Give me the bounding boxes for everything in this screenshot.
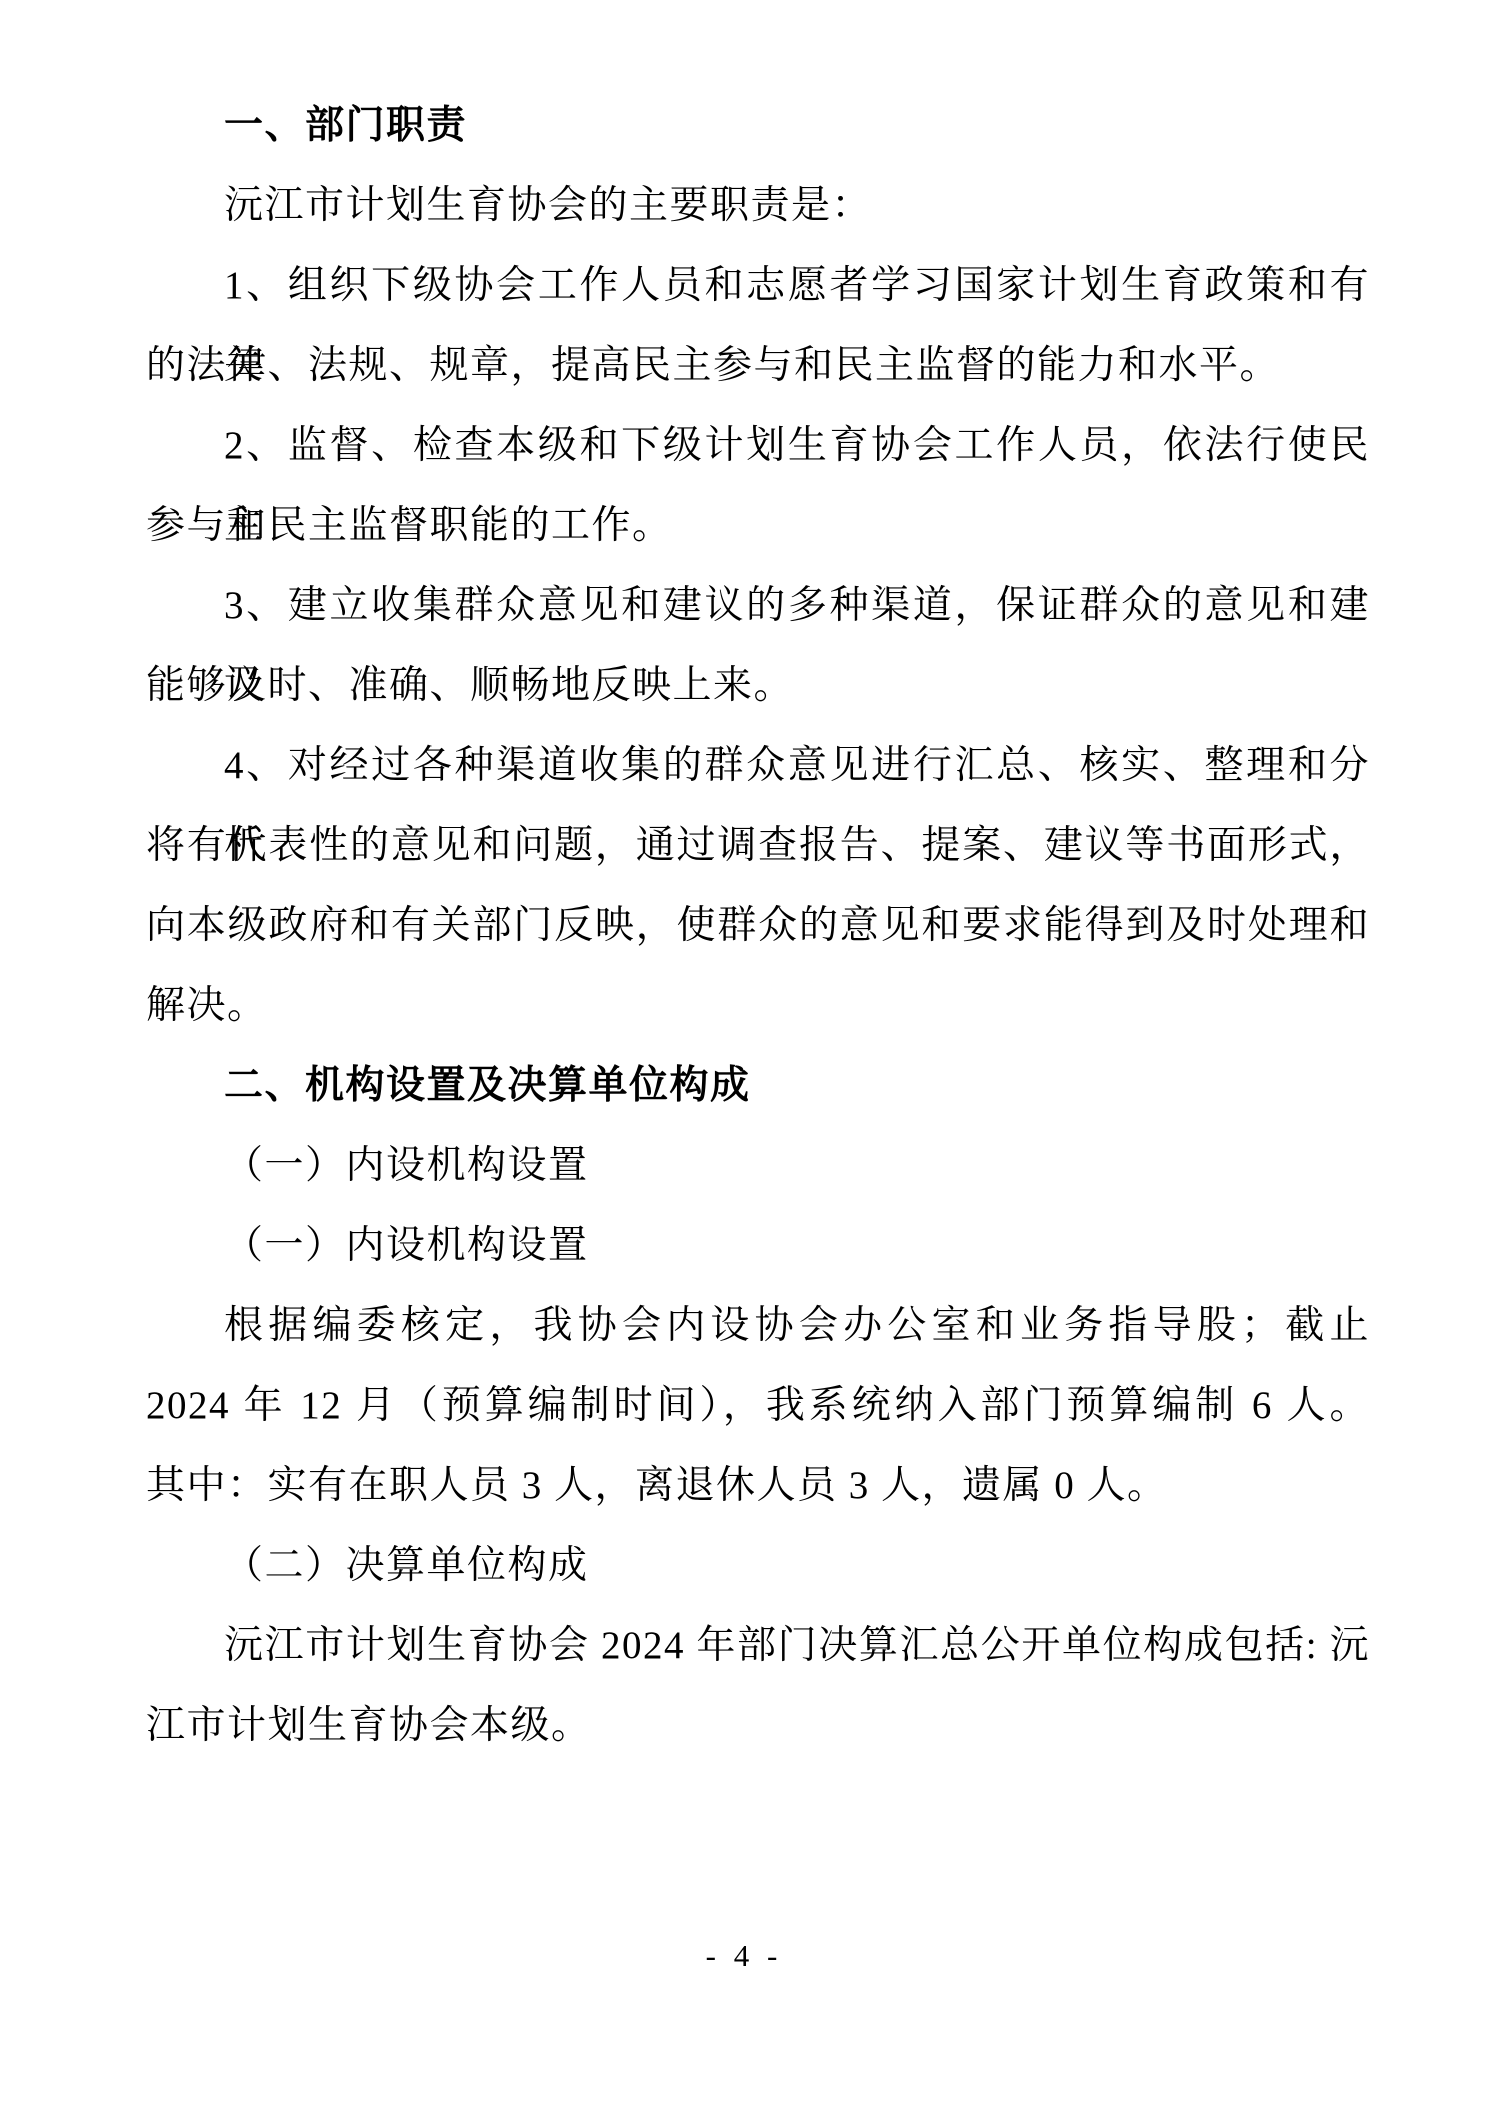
- section-heading-2: 二、机构设置及决算单位构成: [146, 1046, 1370, 1126]
- paragraph-line: 的法律、法规、规章，提高民主参与和民主监督的能力和水平。: [146, 326, 1370, 406]
- paragraph-line: 江市计划生育协会本级。: [146, 1686, 1370, 1766]
- paragraph-line: 沅江市计划生育协会的主要职责是：: [146, 166, 1370, 246]
- paragraph-line: 其中：实有在职人员 3 人，离退休人员 3 人，遗属 0 人。: [146, 1446, 1370, 1526]
- section-heading-1: 一、部门职责: [146, 86, 1370, 166]
- paragraph-line: 2024 年 12 月（预算编制时间），我系统纳入部门预算编制 6 人。: [146, 1366, 1370, 1446]
- paragraph-line: 参与和民主监督职能的工作。: [146, 486, 1370, 566]
- paragraph-line: 解决。: [146, 966, 1370, 1046]
- page-number: - 4 -: [0, 1934, 1488, 1978]
- subsection-heading: （一）内设机构设置: [146, 1126, 1370, 1206]
- subsection-heading: （二）决算单位构成: [146, 1526, 1370, 1606]
- document-body: 一、部门职责 沅江市计划生育协会的主要职责是： 1、组织下级协会工作人员和志愿者…: [0, 0, 1488, 1766]
- paragraph-line: 将有代表性的意见和问题，通过调查报告、提案、建议等书面形式，: [146, 806, 1370, 886]
- paragraph-line: 根据编委核定，我协会内设协会办公室和业务指导股；截止: [146, 1286, 1370, 1366]
- paragraph-line: 4、对经过各种渠道收集的群众意见进行汇总、核实、整理和分析，: [146, 726, 1370, 806]
- document-page: 一、部门职责 沅江市计划生育协会的主要职责是： 1、组织下级协会工作人员和志愿者…: [0, 0, 1488, 2104]
- paragraph-line: 沅江市计划生育协会 2024 年部门决算汇总公开单位构成包括: 沅: [146, 1606, 1370, 1686]
- paragraph-line: 能够及时、准确、顺畅地反映上来。: [146, 646, 1370, 726]
- paragraph-line: 2、监督、检查本级和下级计划生育协会工作人员，依法行使民主: [146, 406, 1370, 486]
- paragraph-line: 1、组织下级协会工作人员和志愿者学习国家计划生育政策和有关: [146, 246, 1370, 326]
- subsection-heading: （一）内设机构设置: [146, 1206, 1370, 1286]
- paragraph-line: 向本级政府和有关部门反映，使群众的意见和要求能得到及时处理和: [146, 886, 1370, 966]
- paragraph-line: 3、建立收集群众意见和建议的多种渠道，保证群众的意见和建议: [146, 566, 1370, 646]
